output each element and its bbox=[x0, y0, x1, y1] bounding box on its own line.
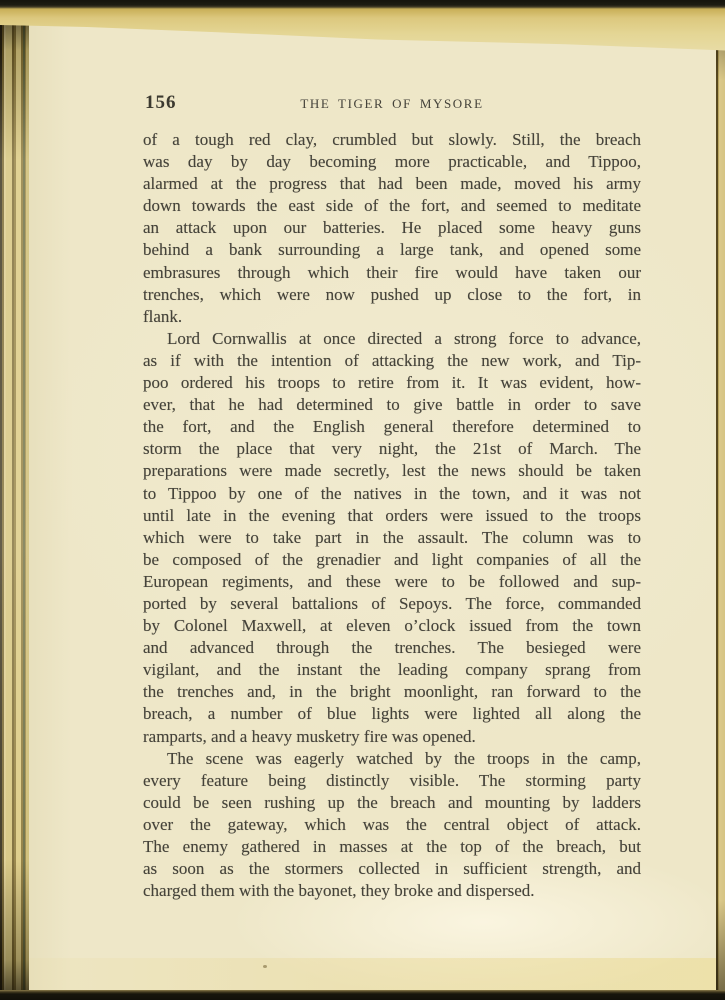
running-title: THE TIGER OF MYSORE bbox=[143, 96, 641, 112]
text-line: which were to take part in the assault. … bbox=[143, 527, 641, 549]
paragraph: of a tough red clay, crumbled but slowly… bbox=[143, 129, 641, 328]
text-line: charged them with the bayonet, they brok… bbox=[143, 880, 641, 902]
bottom-book-rim bbox=[0, 990, 725, 1000]
text-line: as soon as the stormers collected in suf… bbox=[143, 858, 641, 880]
text-line: ported by several battalions of Sepoys. … bbox=[143, 593, 641, 615]
left-page-edges bbox=[0, 0, 29, 1000]
text-line: European regiments, and these were to be… bbox=[143, 571, 641, 593]
text-line: the trenches and, in the bright moonligh… bbox=[143, 681, 641, 703]
text-line: preparations were made secretly, lest th… bbox=[143, 460, 641, 482]
paragraph: Lord Cornwallis at once directed a stron… bbox=[143, 328, 641, 748]
text-line: was day by day becoming more practicable… bbox=[143, 151, 641, 173]
text-line: poo ordered his troops to retire from it… bbox=[143, 372, 641, 394]
text-line: flank. bbox=[143, 306, 641, 328]
text-line: the fort, and the English general theref… bbox=[143, 416, 641, 438]
text-line: over the gateway, which was the central … bbox=[143, 814, 641, 836]
text-line: breach, a number of blue lights were lig… bbox=[143, 703, 641, 725]
bottom-page-sheen bbox=[27, 958, 717, 990]
page-header: 156 THE TIGER OF MYSORE bbox=[143, 92, 641, 116]
page-speck bbox=[263, 965, 267, 968]
text-line: and advanced through the trenches. The b… bbox=[143, 637, 641, 659]
text-line: The enemy gathered in masses at the top … bbox=[143, 836, 641, 858]
text-line: an attack upon our batteries. He placed … bbox=[143, 217, 641, 239]
text-line: vigilant, and the instant the leading co… bbox=[143, 659, 641, 681]
text-line: Lord Cornwallis at once directed a stron… bbox=[143, 328, 641, 350]
text-line: could be seen rushing up the breach and … bbox=[143, 792, 641, 814]
book-scan: 156 THE TIGER OF MYSORE of a tough red c… bbox=[0, 0, 725, 1000]
text-line: ever, that he had determined to give bat… bbox=[143, 394, 641, 416]
text-line: The scene was eagerly watched by the tro… bbox=[143, 748, 641, 770]
text-line: as if with the intention of attacking th… bbox=[143, 350, 641, 372]
text-line: ramparts, and a heavy musketry fire was … bbox=[143, 726, 641, 748]
text-line: trenches, which were now pushed up close… bbox=[143, 284, 641, 306]
text-line: embrasures through which their fire woul… bbox=[143, 262, 641, 284]
text-line: down towards the east side of the fort, … bbox=[143, 195, 641, 217]
text-line: alarmed at the progress that had been ma… bbox=[143, 173, 641, 195]
text-line: behind a bank surrounding a large tank, … bbox=[143, 239, 641, 261]
text-line: every feature being distinctly visible. … bbox=[143, 770, 641, 792]
text-line: storm the place that very night, the 21s… bbox=[143, 438, 641, 460]
text-line: by Colonel Maxwell, at eleven o’clock is… bbox=[143, 615, 641, 637]
text-line: to Tippoo by one of the natives in the t… bbox=[143, 483, 641, 505]
right-fore-edge bbox=[716, 0, 725, 1000]
text-line: until late in the evening that orders we… bbox=[143, 505, 641, 527]
text-line: be composed of the grenadier and light c… bbox=[143, 549, 641, 571]
text-line: of a tough red clay, crumbled but slowly… bbox=[143, 129, 641, 151]
paragraph: The scene was eagerly watched by the tro… bbox=[143, 748, 641, 903]
page-text: of a tough red clay, crumbled but slowly… bbox=[143, 129, 641, 902]
